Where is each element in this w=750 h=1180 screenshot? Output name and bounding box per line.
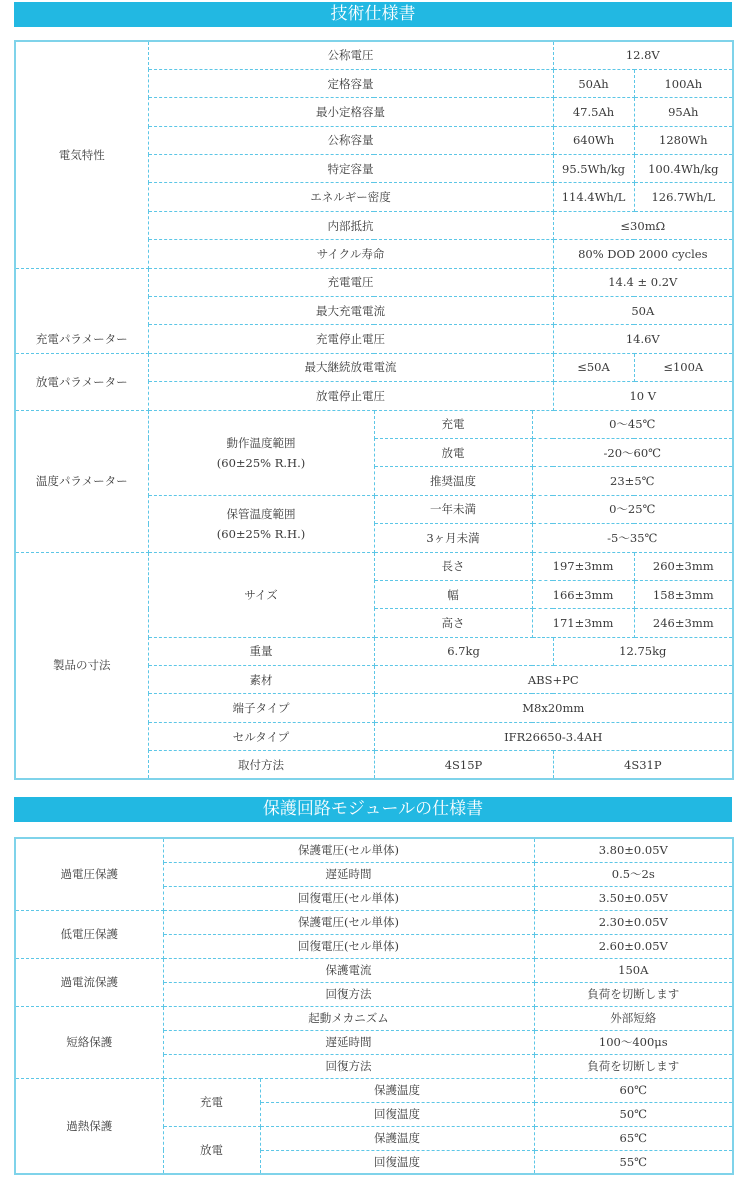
spec-value-50ah: ≤50A (553, 353, 634, 381)
spec-value: 100～400μs (534, 1030, 733, 1054)
spec-name: 回復方法 (163, 1054, 534, 1078)
spec-name: 遅延時間 (163, 862, 534, 886)
spec-value-100ah: 95Ah (634, 98, 733, 126)
spec-name: 保護電流 (163, 958, 534, 982)
spec-value: 3.80±0.05V (534, 838, 733, 862)
spec-value: -5～35℃ (532, 524, 733, 552)
spec-value-100ah: 126.7Wh/L (634, 183, 733, 211)
spec-value-100ah: 100Ah (634, 69, 733, 97)
pcm-spec-table: 過電圧保護 保護電圧(セル単体) 3.80±0.05V 遅延時間 0.5～2s … (14, 837, 734, 1175)
spec-value: 2.60±0.05V (534, 934, 733, 958)
operating-temp-label: 動作温度範囲 (149, 433, 374, 453)
spec-subname: 放電 (374, 438, 532, 466)
spec-name: 充電電圧 (148, 268, 553, 296)
spec-name: 回復電圧(セル単体) (163, 934, 534, 958)
spec-value-100ah: 1280Wh (634, 126, 733, 154)
spec-name: 最大継続放電電流 (148, 353, 553, 381)
group-undervoltage: 低電圧保護 (15, 910, 163, 958)
spec-name: 内部抵抗 (148, 211, 553, 239)
spec-name: 充電停止電圧 (148, 325, 553, 353)
group-electrical: 電気特性 (15, 41, 148, 268)
table-row: 放電パラメーター 最大継続放電電流 ≤50A ≤100A (15, 353, 733, 381)
spec-value-50ah: 114.4Wh/L (553, 183, 634, 211)
spec-value-50ah: 47.5Ah (553, 98, 634, 126)
spec-value: 14.6V (553, 325, 733, 353)
spec-value: 0.5～2s (534, 862, 733, 886)
table-row: 過電流保護 保護電流 150A (15, 958, 733, 982)
spec-value-50ah: 6.7kg (374, 637, 553, 665)
spec-value-100ah: 4S31P (553, 751, 733, 779)
spec-name: 起動メカニズム (163, 1006, 534, 1030)
spec-subname: 幅 (374, 580, 532, 608)
group-dimensions: 製品の寸法 (15, 552, 148, 779)
spec-name: 重量 (148, 637, 374, 665)
storage-temp-label: 保管温度範囲 (149, 504, 374, 524)
table-row: 製品の寸法 サイズ 長さ 197±3mm 260±3mm (15, 552, 733, 580)
spec-subname: 高さ (374, 609, 532, 637)
spec-name: サイクル寿命 (148, 240, 553, 268)
technical-spec-table: 電気特性 公称電圧 12.8V 定格容量 50Ah 100Ah 最小定格容量 4… (14, 40, 734, 780)
operating-temp-humidity: (60±25% R.H.) (149, 453, 374, 473)
spec-value-100ah: 246±3mm (634, 609, 733, 637)
group-temperature: 温度パラメーター (15, 410, 148, 552)
spec-value: 23±5℃ (532, 467, 733, 495)
group-short-circuit: 短絡保護 (15, 1006, 163, 1078)
spec-value: 0～45℃ (532, 410, 733, 438)
spec-value-50ah: 171±3mm (532, 609, 634, 637)
spec-value: 150A (534, 958, 733, 982)
spec-value: IFR26650-3.4AH (374, 722, 733, 750)
spec-value: 0～25℃ (532, 495, 733, 523)
spec-value: 50A (553, 297, 733, 325)
spec-value-50ah: 95.5Wh/kg (553, 155, 634, 183)
group-overheat: 過熱保護 (15, 1078, 163, 1174)
spec-value: 外部短絡 (534, 1006, 733, 1030)
spec-title-banner: 技術仕様書 (14, 2, 732, 27)
storage-temp-range: 保管温度範囲 (60±25% R.H.) (148, 495, 374, 552)
spec-value: 14.4 ± 0.2V (553, 268, 733, 296)
spec-name: 遅延時間 (163, 1030, 534, 1054)
group-overcurrent: 過電流保護 (15, 958, 163, 1006)
spec-value-100ah: ≤100A (634, 353, 733, 381)
spec-subname: 充電 (374, 410, 532, 438)
spec-name: 取付方法 (148, 751, 374, 779)
spec-value: 2.30±0.05V (534, 910, 733, 934)
spec-value: ABS+PC (374, 666, 733, 694)
spec-subname: 長さ (374, 552, 532, 580)
spec-value: 60℃ (534, 1078, 733, 1102)
spec-name: 定格容量 (148, 69, 553, 97)
spec-value: 負荷を切断します (534, 1054, 733, 1078)
spec-value: -20～60℃ (532, 438, 733, 466)
spec-name: 回復方法 (163, 982, 534, 1006)
spec-name: 保護温度 (260, 1126, 534, 1150)
spec-name: 保護電圧(セル単体) (163, 838, 534, 862)
spec-value: 80% DOD 2000 cycles (553, 240, 733, 268)
table-row: 過電圧保護 保護電圧(セル単体) 3.80±0.05V (15, 838, 733, 862)
spec-value: ≤30mΩ (553, 211, 733, 239)
spec-value: 10 V (553, 382, 733, 410)
spec-name: 回復温度 (260, 1102, 534, 1126)
spec-name: 公称容量 (148, 126, 553, 154)
spec-name: 保護電圧(セル単体) (163, 910, 534, 934)
overheat-charge-label: 充電 (163, 1078, 260, 1126)
spec-name: 最大充電電流 (148, 297, 553, 325)
spec-value-50ah: 640Wh (553, 126, 634, 154)
table-row: 温度パラメーター 動作温度範囲 (60±25% R.H.) 充電 0～45℃ (15, 410, 733, 438)
spec-value: 55℃ (534, 1150, 733, 1174)
spec-name: セルタイプ (148, 722, 374, 750)
spec-name: 端子タイプ (148, 694, 374, 722)
group-charge: 充電パラメーター (15, 268, 148, 353)
spec-value-50ah: 197±3mm (532, 552, 634, 580)
pcm-spec-title-banner: 保護回路モジュールの仕様書 (14, 797, 732, 822)
spec-name: 放電停止電圧 (148, 382, 553, 410)
spec-subname: 推奨温度 (374, 467, 532, 495)
spec-name: 最小定格容量 (148, 98, 553, 126)
table-row: 電気特性 公称電圧 12.8V (15, 41, 733, 69)
spec-subname: 一年未満 (374, 495, 532, 523)
spec-value-100ah: 260±3mm (634, 552, 733, 580)
table-row: 短絡保護 起動メカニズム 外部短絡 (15, 1006, 733, 1030)
group-overvoltage: 過電圧保護 (15, 838, 163, 910)
spec-name: 素材 (148, 666, 374, 694)
spec-value: 3.50±0.05V (534, 886, 733, 910)
size-label: サイズ (148, 552, 374, 637)
table-row: 過熱保護 充電 保護温度 60℃ (15, 1078, 733, 1102)
spec-name: 特定容量 (148, 155, 553, 183)
spec-subname: 3ヶ月未満 (374, 524, 532, 552)
spec-value: 12.8V (553, 41, 733, 69)
operating-temp-range: 動作温度範囲 (60±25% R.H.) (148, 410, 374, 495)
spec-name: 回復温度 (260, 1150, 534, 1174)
table-row: 充電パラメーター 充電電圧 14.4 ± 0.2V (15, 268, 733, 296)
spec-value: M8x20mm (374, 694, 733, 722)
spec-value-100ah: 158±3mm (634, 580, 733, 608)
spec-name: エネルギー密度 (148, 183, 553, 211)
group-discharge: 放電パラメーター (15, 353, 148, 410)
spec-name: 保護温度 (260, 1078, 534, 1102)
spec-value: 50℃ (534, 1102, 733, 1126)
spec-name: 公称電圧 (148, 41, 553, 69)
spec-value-50ah: 50Ah (553, 69, 634, 97)
spec-name: 回復電圧(セル単体) (163, 886, 534, 910)
spec-value-50ah: 4S15P (374, 751, 553, 779)
spec-value: 負荷を切断します (534, 982, 733, 1006)
storage-temp-humidity: (60±25% R.H.) (149, 524, 374, 544)
spec-value: 65℃ (534, 1126, 733, 1150)
spec-value-100ah: 12.75kg (553, 637, 733, 665)
table-row: 低電圧保護 保護電圧(セル単体) 2.30±0.05V (15, 910, 733, 934)
spec-value-50ah: 166±3mm (532, 580, 634, 608)
spec-value-100ah: 100.4Wh/kg (634, 155, 733, 183)
overheat-discharge-label: 放電 (163, 1126, 260, 1174)
